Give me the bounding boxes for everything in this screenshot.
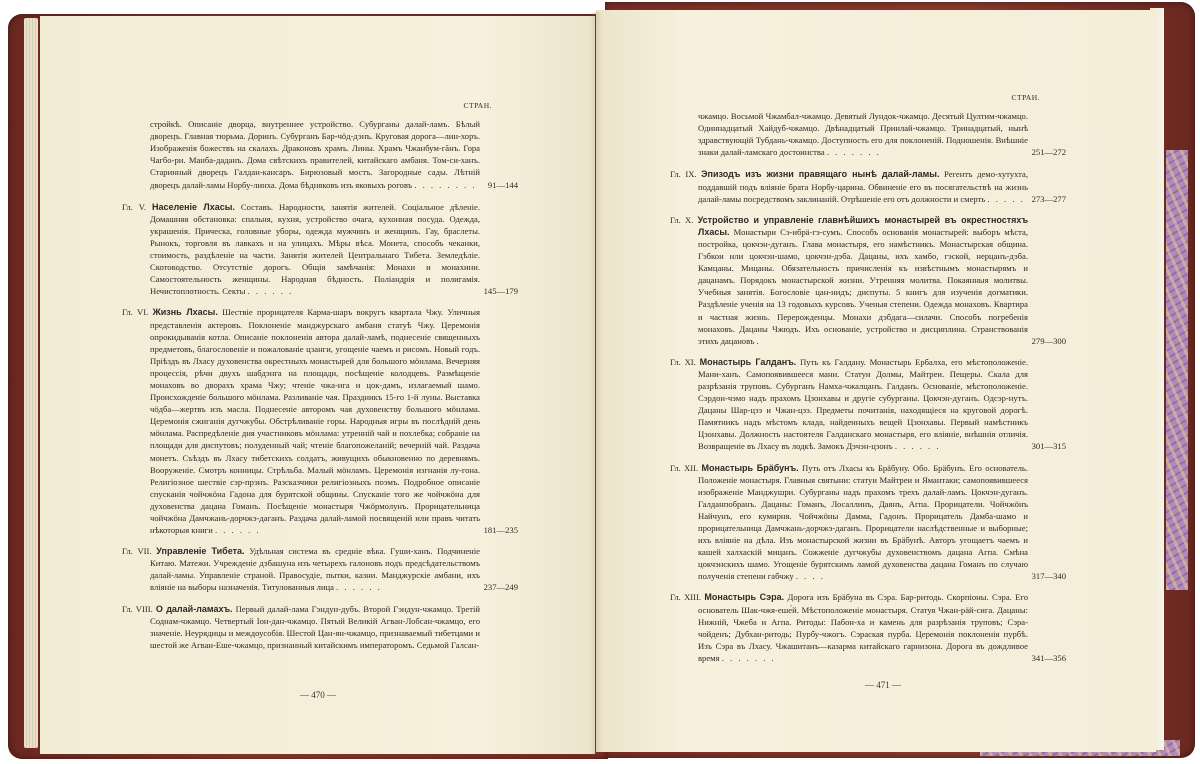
book-gutter (590, 12, 602, 754)
column-header: СТРАН. (150, 100, 492, 112)
chapter-number: Гл. XIII. (670, 592, 701, 602)
leader-dots: . (757, 336, 761, 346)
left-page-contents: СТРАН. стройкѣ. Описаніе дворца, внутрен… (150, 100, 480, 660)
chapter-title: Монастырь Галданъ. (700, 357, 797, 367)
chapter-summary: Монастыри Сэ-ибрä-гэ-сумъ. Способъ основ… (698, 227, 1028, 346)
toc-entry-ch10[interactable]: Гл. X. Устройство и управленіе главнѣйши… (698, 214, 1028, 347)
page-range: 279—300 (1032, 335, 1066, 347)
continuation-entry: стройкѣ. Описаніе дворца, внутреннее уст… (150, 118, 480, 191)
chapter-summary: Составъ. Народности, занятія жителей. Со… (150, 202, 480, 297)
chapter-number: Гл. IX. (670, 169, 697, 179)
chapter-number: Гл. VII. (122, 546, 152, 556)
chapter-summary: Путь къ Галдану. Монастырь Ербалха, его … (698, 357, 1028, 452)
chapter-number: Гл. XII. (670, 463, 698, 473)
leader-dots: . . . . . . . . (414, 180, 476, 190)
chapter-number: Гл. V. (122, 202, 146, 212)
chapter-title: Монастырь Сэра. (704, 592, 784, 602)
page-range: 317—340 (1032, 570, 1066, 582)
toc-entry-ch11[interactable]: Гл. XI. Монастырь Галданъ. Путь къ Галда… (698, 356, 1028, 453)
chapter-number: Гл. X. (670, 215, 693, 225)
page-number-right: — 471 — (865, 680, 901, 690)
chapter-title: О далай-ламахъ. (156, 604, 233, 614)
chapter-number: Гл. XI. (670, 357, 696, 367)
page-range: 91—144 (488, 179, 518, 191)
chapter-title: Жизнь Лхасы. (153, 307, 218, 317)
chapter-title: Населеніе Лхасы. (152, 202, 235, 212)
leader-dots: . . . . . . (248, 286, 294, 296)
chapter-title: Управленіе Тибета. (156, 546, 244, 556)
chapter-number: Гл. VI. (122, 307, 148, 317)
chapter-summary: Шествіе прорицателя Карма-шаръ вокругъ к… (150, 307, 480, 535)
leader-dots: . . . . . . . (827, 147, 881, 157)
page-range: 301—315 (1032, 440, 1066, 452)
page-range: 251—272 (1032, 146, 1066, 158)
continuation-entry: чжамцо. Восьмой Чжамбал-чжамцо. Девятый … (698, 110, 1028, 158)
toc-entry-ch8[interactable]: Гл. VIII. О далай-ламахъ. Первый далай-л… (150, 603, 480, 651)
toc-entry-ch5[interactable]: Гл. V. Населеніе Лхасы. Составъ. Народно… (150, 201, 480, 298)
leader-dots: . . . . . (987, 194, 1024, 204)
chapter-number: Гл. VIII. (122, 604, 153, 614)
page-number-left: — 470 — (300, 690, 336, 700)
leader-dots: . . . . (796, 571, 825, 581)
chapter-summary: Путь отъ Лхасы къ Брäбуну. Обо. Брäбунъ.… (698, 463, 1028, 582)
chapter-title: Эпизодъ изъ жизни правящаго нынѣ далай-л… (701, 169, 939, 179)
toc-entry-ch13[interactable]: Гл. XIII. Монастырь Сэра. Дорога изъ Брä… (698, 591, 1028, 664)
right-page-contents: СТРАН. чжамцо. Восьмой Чжамбал-чжамцо. Д… (698, 92, 1028, 673)
column-header: СТРАН. (698, 92, 1040, 104)
page-range: 237—249 (484, 581, 518, 593)
leader-dots: . . . . . . . (722, 653, 776, 663)
toc-entry-ch9[interactable]: Гл. IX. Эпизодъ изъ жизни правящаго нынѣ… (698, 168, 1028, 204)
toc-entry-ch6[interactable]: Гл. VI. Жизнь Лхасы. Шествіе прорицателя… (150, 306, 480, 536)
toc-entry-ch12[interactable]: Гл. XII. Монастырь Брäбунъ. Путь отъ Лха… (698, 462, 1028, 583)
page-range: 273—277 (1032, 193, 1066, 205)
page-range: 341—356 (1032, 652, 1066, 664)
leader-dots: . . . . . . (336, 582, 382, 592)
page-range: 145—179 (484, 285, 518, 297)
toc-entry-ch7[interactable]: Гл. VII. Управленіе Тибета. Удѣльная сис… (150, 545, 480, 593)
leader-dots: . . . . . . (895, 441, 941, 451)
chapter-title: Монастырь Брäбунъ. (702, 463, 799, 473)
leader-dots: . . . . . . (215, 525, 261, 535)
page-edges-left (24, 18, 38, 748)
marbled-endpaper-right (1166, 150, 1188, 590)
page-range: 181—235 (484, 524, 518, 536)
